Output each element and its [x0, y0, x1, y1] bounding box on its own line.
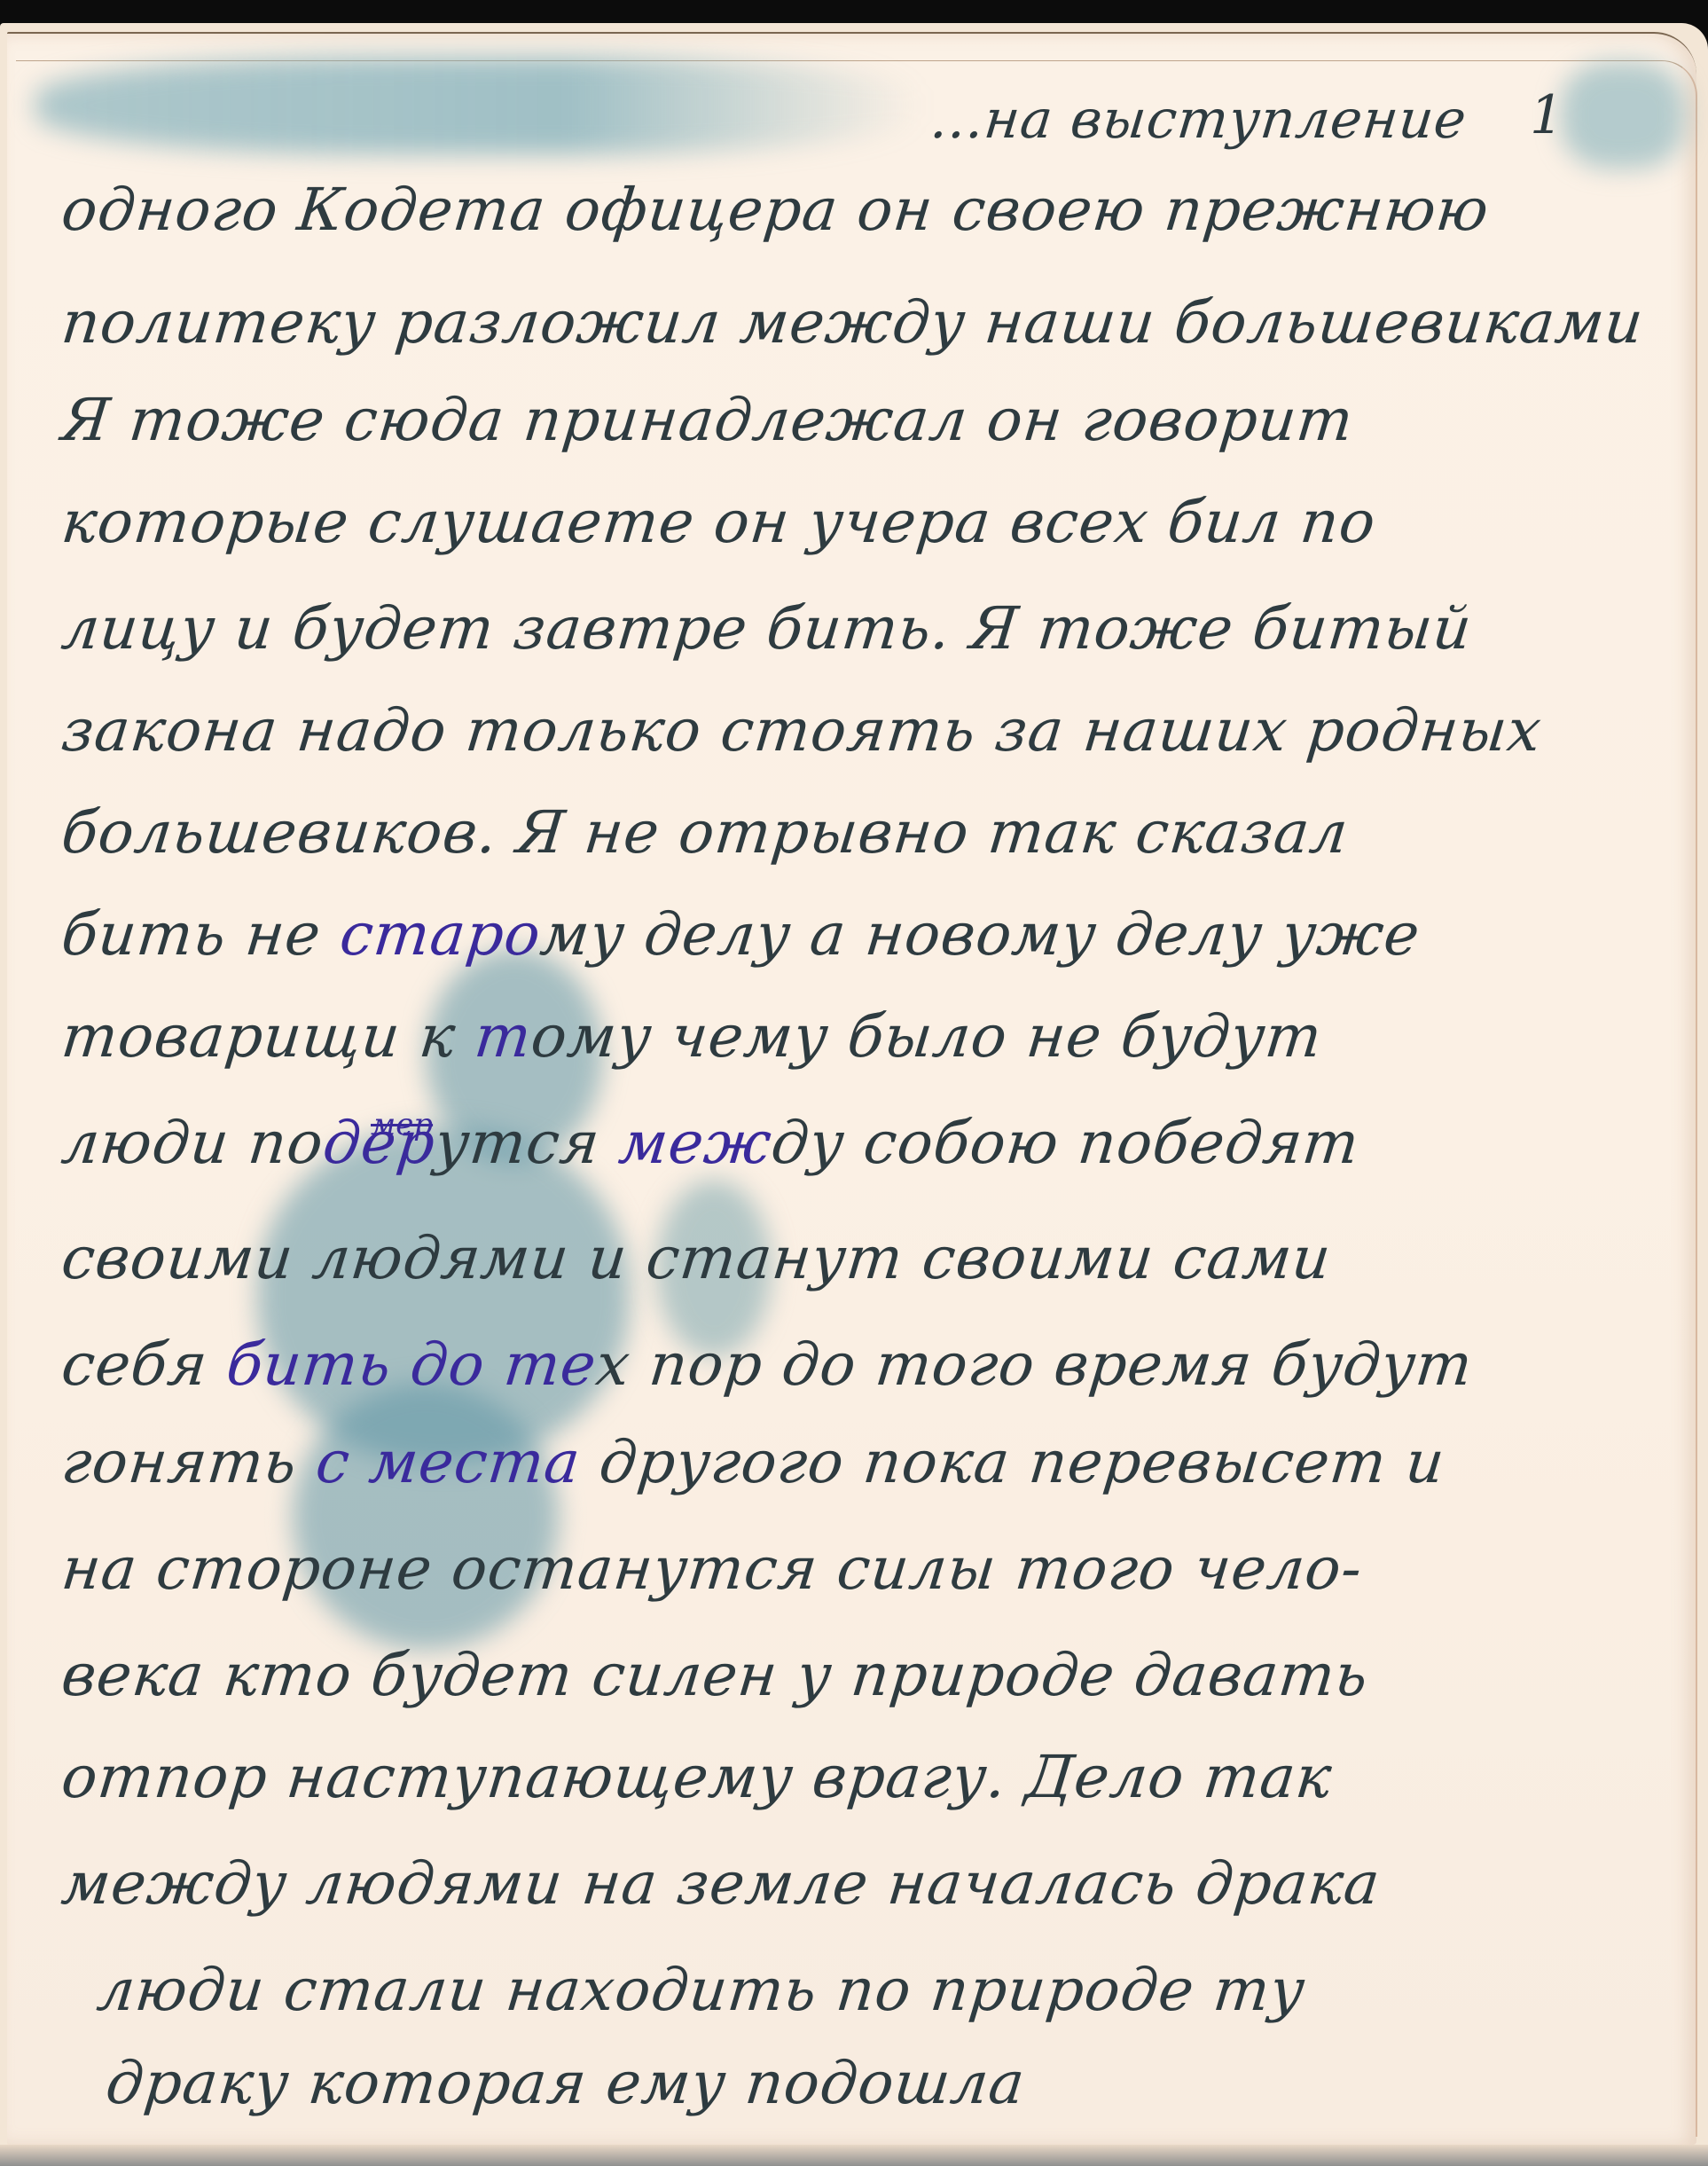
text-line: политеку разложил между наши большевикам… [59, 288, 1647, 357]
text-line: одного Кодета офицера он своею прежнюю [59, 176, 1493, 244]
correction-segment: т [472, 1002, 536, 1071]
text-line: лицу и будет завтре бить. Я тоже битый [59, 594, 1476, 663]
text-line: отпор наступающему врагу. Дело так [59, 1743, 1336, 1811]
text-line: люди стали находить по природе ту [94, 1956, 1309, 2024]
text-line: на стороне останутся силы того чело- [59, 1534, 1366, 1603]
text-segment: гонять [59, 1428, 320, 1496]
correction-segment: старо [337, 900, 545, 969]
text-line: своими людями и станут своими сами [59, 1224, 1335, 1292]
ink-stain-top [35, 57, 922, 154]
text-segment: другого пока перевысет и [576, 1428, 1448, 1496]
text-line: закона надо только стоять за наших родны… [59, 696, 1545, 765]
ink-stain-top-right [1561, 62, 1685, 169]
text-segment: утся [432, 1109, 623, 1177]
page-border [16, 60, 1697, 2137]
page-bottom-edge [0, 2145, 1708, 2166]
correction-segment: меж [615, 1109, 775, 1177]
text-segment: ому чему было не будут [528, 1002, 1325, 1071]
text-segment: му делу а новому делу уже [537, 900, 1423, 969]
text-segment: себя [59, 1330, 231, 1399]
text-line: люди подерутся между собою победят [59, 1109, 1363, 1177]
text-line: ...на выступление [928, 89, 1469, 151]
correction-segment: с места [313, 1428, 584, 1496]
correction-segment: бить до те [223, 1330, 600, 1399]
text-line: гонять с места другого пока перевысет и [59, 1428, 1448, 1496]
text-segment: бить не [59, 900, 344, 969]
struck-correction: мер [371, 1107, 433, 1142]
text-line: века кто будет силен у природе давать [59, 1641, 1372, 1709]
text-line: бить не старому делу а новому делу уже [59, 900, 1423, 969]
text-line: себя бить до тех пор до того время будут [59, 1330, 1477, 1399]
text-line: большевиков. Я не отрывно так сказал [59, 798, 1352, 867]
text-line: Я тоже сюда принадлежал он говорит [59, 386, 1357, 454]
text-line: драку которая ему подошла [103, 2049, 1029, 2117]
text-line: между людями на земле началась драка [59, 1849, 1383, 1918]
ink-blot [293, 1384, 559, 1650]
text-segment: ду собою победят [768, 1109, 1363, 1177]
text-line: которые слушаете он учера всех бил по [59, 488, 1379, 556]
text-segment: люди по [59, 1109, 327, 1177]
page-number: 1 [1530, 84, 1563, 146]
scanned-document: 1 ...на выступление одного Кодета офицер… [0, 0, 1708, 2166]
text-line: товарищи к тому чему было не будут [59, 1002, 1326, 1071]
text-segment: х пор до того время будут [592, 1330, 1476, 1399]
text-segment: товарищи к [59, 1002, 479, 1071]
